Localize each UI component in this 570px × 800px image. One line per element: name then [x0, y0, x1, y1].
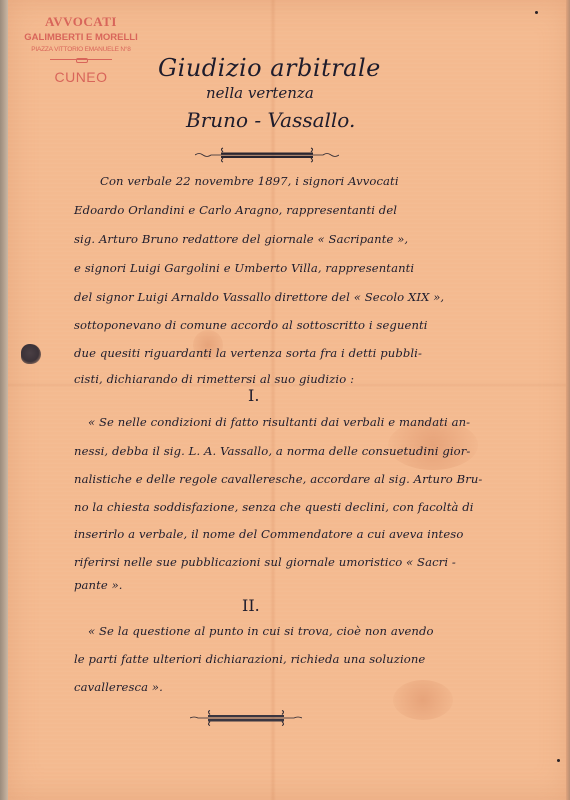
- stamp-firm-name: GALIMBERTI E MORELLI: [8, 31, 154, 44]
- ink-speck: [557, 759, 560, 762]
- ornament-divider-icon: [195, 147, 339, 163]
- section-line: no la chiesta soddisfazione, senza che q…: [74, 500, 474, 514]
- intro-line: e signori Luigi Gargolini e Umberto Vill…: [74, 261, 414, 275]
- stamp-address: PIAZZA VITTORIO EMANUELE N°8: [8, 44, 154, 55]
- section-line: riferirsi nelle sue pubblicazioni sul gi…: [74, 555, 456, 569]
- intro-line: sottoponevano di comune accordo al sotto…: [74, 318, 428, 332]
- document-title: Giudizio arbitrale: [158, 54, 381, 82]
- section-numeral: I.: [248, 386, 259, 405]
- ink-speck: [535, 11, 538, 14]
- section-line: nessi, debba il sig. L. A. Vassallo, a n…: [74, 444, 470, 458]
- intro-line: del signor Luigi Arnaldo Vassallo dirett…: [74, 290, 444, 304]
- stamp-city: CUNEO: [8, 68, 154, 86]
- section-line: « Se nelle condizioni di fatto risultant…: [88, 415, 470, 429]
- document-parties: Bruno - Vassallo.: [186, 108, 355, 132]
- scan-right-edge: [566, 0, 570, 800]
- intro-line: sig. Arturo Bruno redattore del giornale…: [74, 232, 408, 246]
- intro-line: cisti, dichiarando di rimettersi al suo …: [74, 372, 354, 386]
- intro-line: due quesiti riguardanti la vertenza sort…: [74, 346, 422, 360]
- intro-line: Con verbale 22 novembre 1897, i signori …: [100, 174, 399, 188]
- document-page: AVVOCATI GALIMBERTI E MORELLI PIAZZA VIT…: [8, 0, 570, 800]
- section-line: le parti fatte ulteriori dichiarazioni, …: [74, 652, 425, 666]
- law-office-stamp: AVVOCATI GALIMBERTI E MORELLI PIAZZA VIT…: [8, 14, 154, 86]
- ink-blot: [21, 344, 41, 364]
- paper-stain: [393, 680, 453, 720]
- section-numeral: II.: [242, 596, 260, 615]
- section-line: pante ».: [74, 578, 123, 592]
- section-line: inserirlo a verbale, il nome del Commend…: [74, 527, 463, 541]
- intro-line: Edoardo Orlandini e Carlo Aragno, rappre…: [74, 203, 397, 217]
- section-line: cavalleresca ».: [74, 680, 163, 694]
- ornament-divider-icon: [190, 710, 302, 726]
- stamp-ornament-icon: [50, 58, 112, 62]
- scan-left-edge: [0, 0, 8, 800]
- stamp-title: AVVOCATI: [8, 14, 154, 29]
- section-line: nalistiche e delle regole cavalleresche,…: [74, 472, 482, 486]
- section-line: « Se la questione al punto in cui si tro…: [88, 624, 434, 638]
- document-subtitle: nella vertenza: [206, 84, 314, 102]
